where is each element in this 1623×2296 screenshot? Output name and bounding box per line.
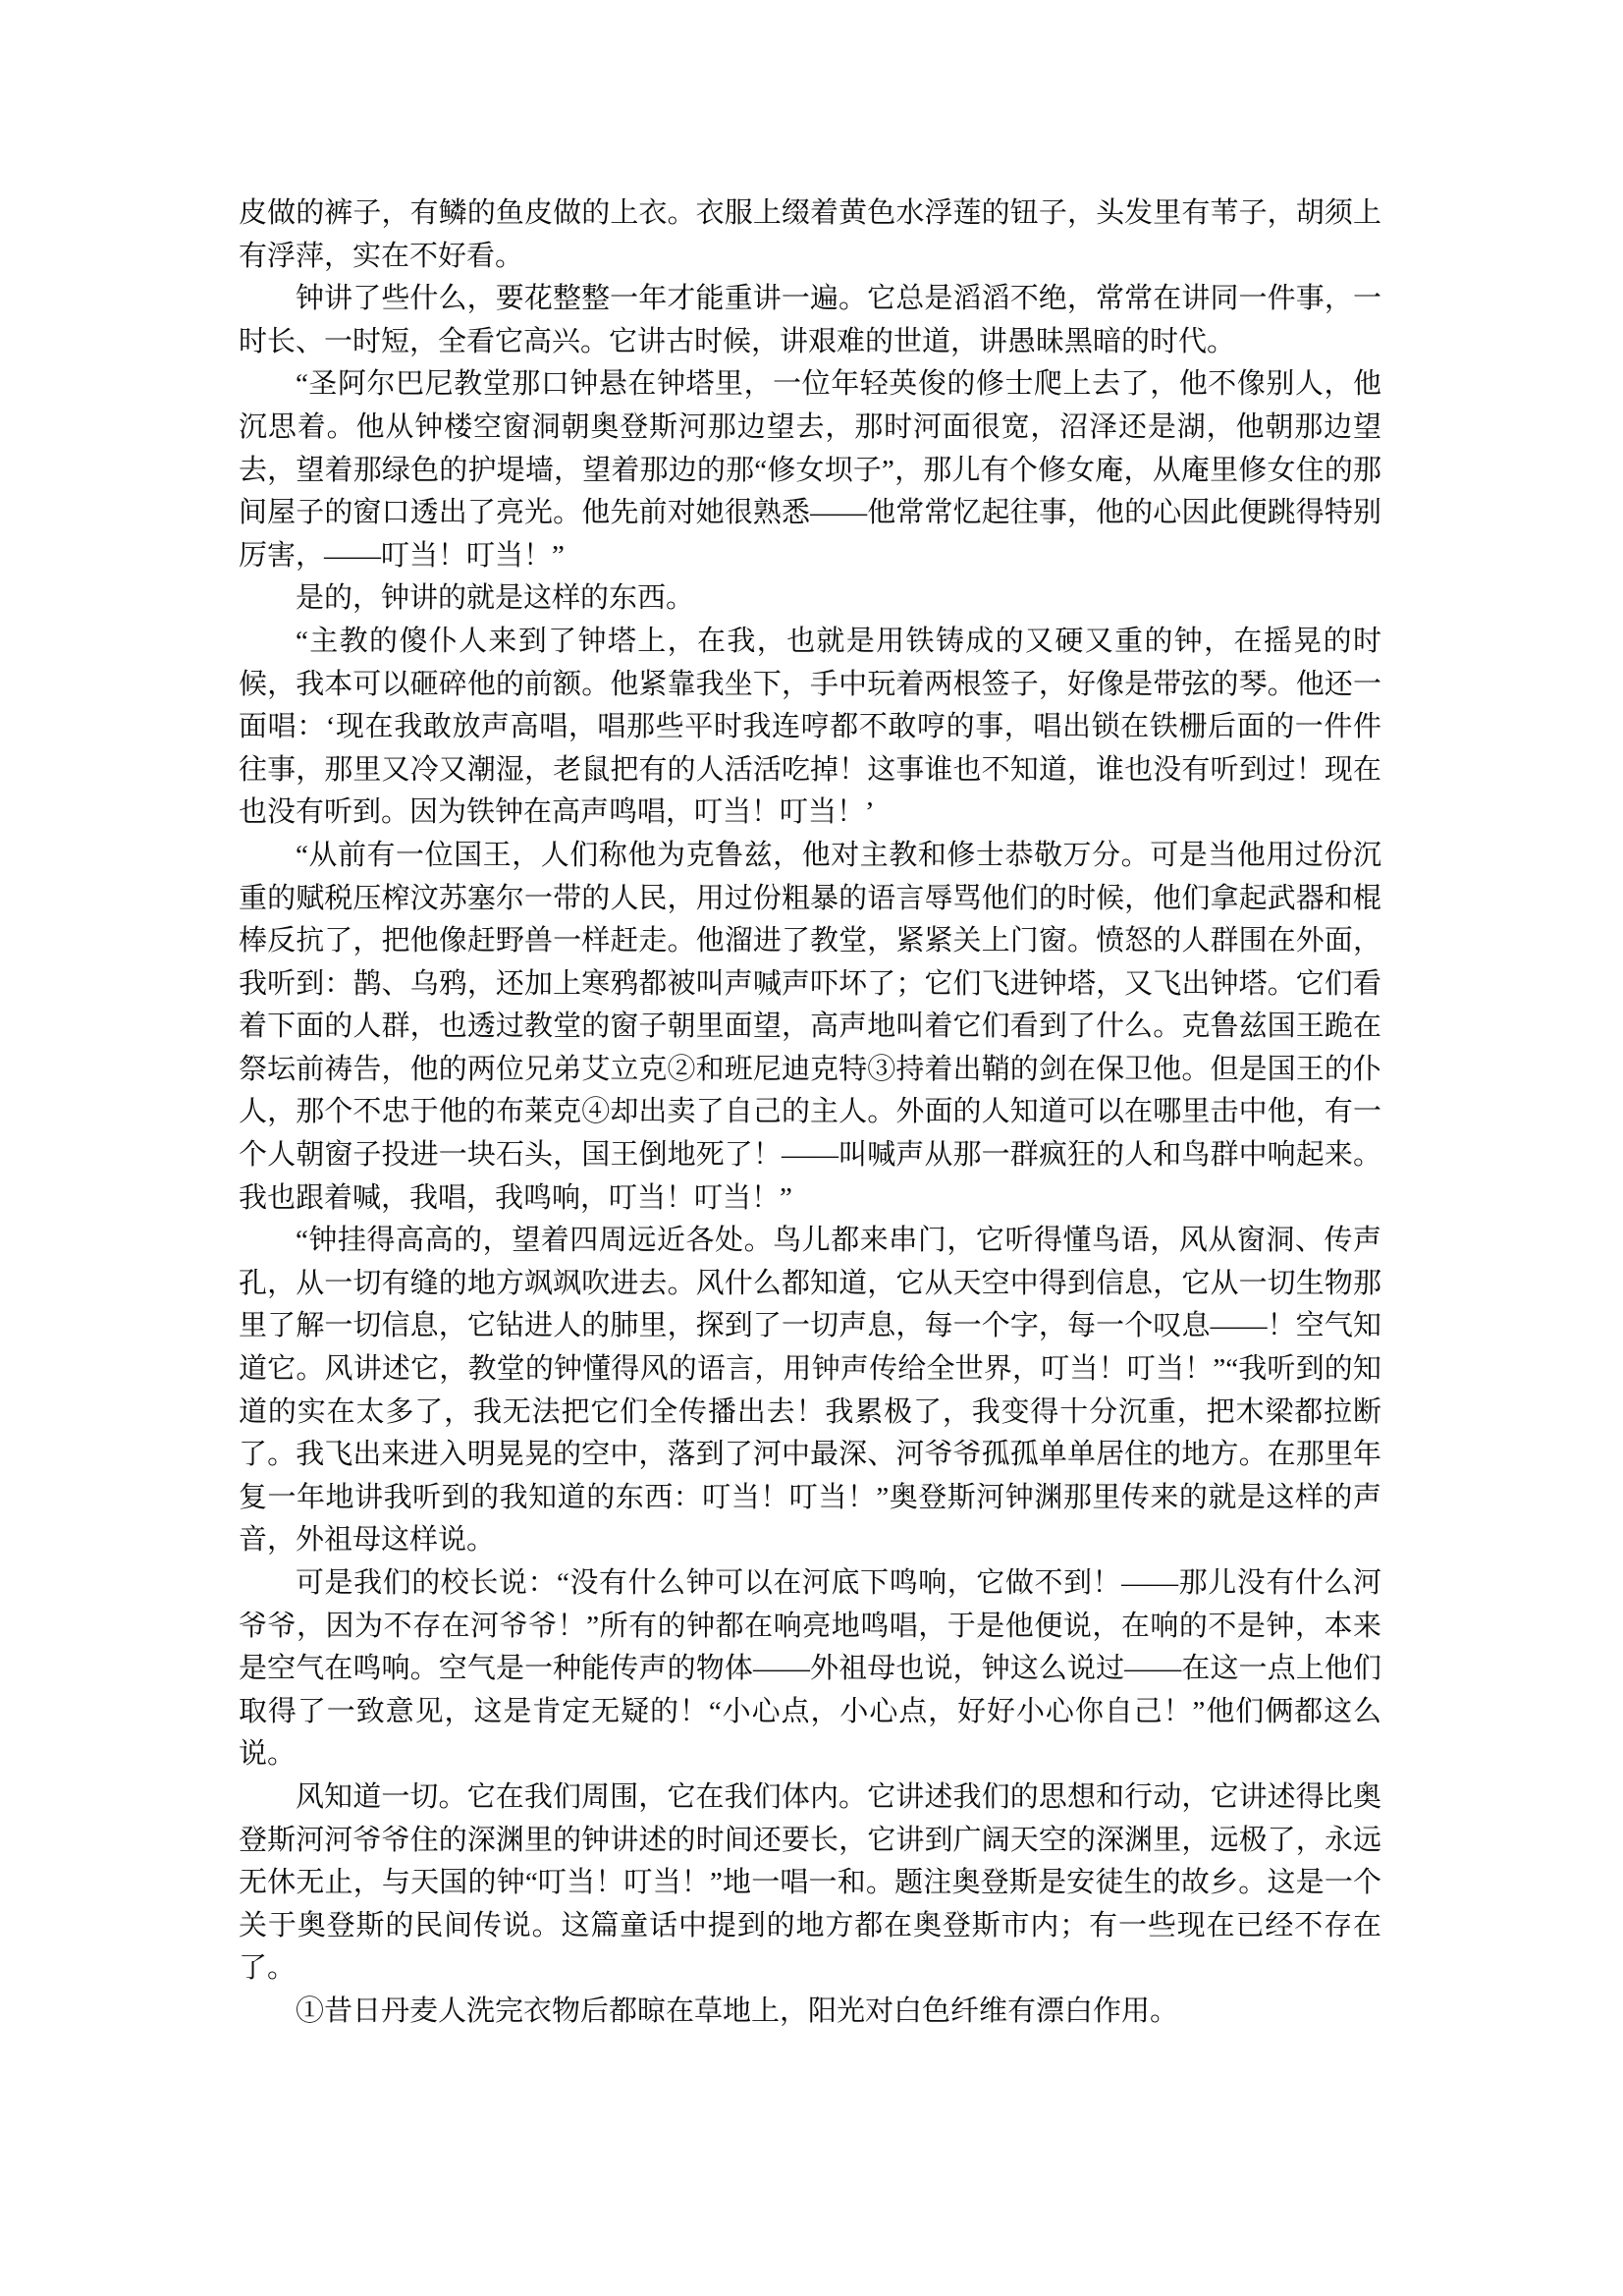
paragraph: 是的，钟讲的就是这样的东西。 [239, 577, 1381, 621]
paragraph: “从前有一位国王，人们称他为克鲁兹，他对主教和修士恭敬万分。可是当他用过份沉重的… [239, 835, 1381, 1220]
paragraph: ①昔日丹麦人洗完衣物后都晾在草地上，阳光对白色纤维有漂白作用。 [239, 1991, 1381, 2034]
paragraph: 风知道一切。它在我们周围，它在我们体内。它讲述我们的思想和行动，它讲述得比奥登斯… [239, 1777, 1381, 1991]
document-page: 皮做的裤子，有鳞的鱼皮做的上衣。衣服上缀着黄色水浮莲的钮子，头发里有苇子，胡须上… [0, 0, 1623, 2296]
paragraph: 皮做的裤子，有鳞的鱼皮做的上衣。衣服上缀着黄色水浮莲的钮子，头发里有苇子，胡须上… [239, 192, 1381, 278]
paragraph: “圣阿尔巴尼教堂那口钟悬在钟塔里，一位年轻英俊的修士爬上去了，他不像别人，他沉思… [239, 363, 1381, 577]
body-text: 皮做的裤子，有鳞的鱼皮做的上衣。衣服上缀着黄色水浮莲的钮子，头发里有苇子，胡须上… [239, 192, 1381, 2034]
paragraph: “主教的傻仆人来到了钟塔上，在我，也就是用铁铸成的又硬又重的钟，在摇晃的时候，我… [239, 621, 1381, 835]
paragraph: 钟讲了些什么，要花整整一年才能重讲一遍。它总是滔滔不绝，常常在讲同一件事，一时长… [239, 278, 1381, 363]
paragraph: “钟挂得高高的，望着四周远近各处。鸟儿都来串门，它听得懂鸟语，风从窗洞、传声孔，… [239, 1220, 1381, 1562]
paragraph: 可是我们的校长说：“没有什么钟可以在河底下鸣响，它做不到！——那儿没有什么河爷爷… [239, 1562, 1381, 1777]
